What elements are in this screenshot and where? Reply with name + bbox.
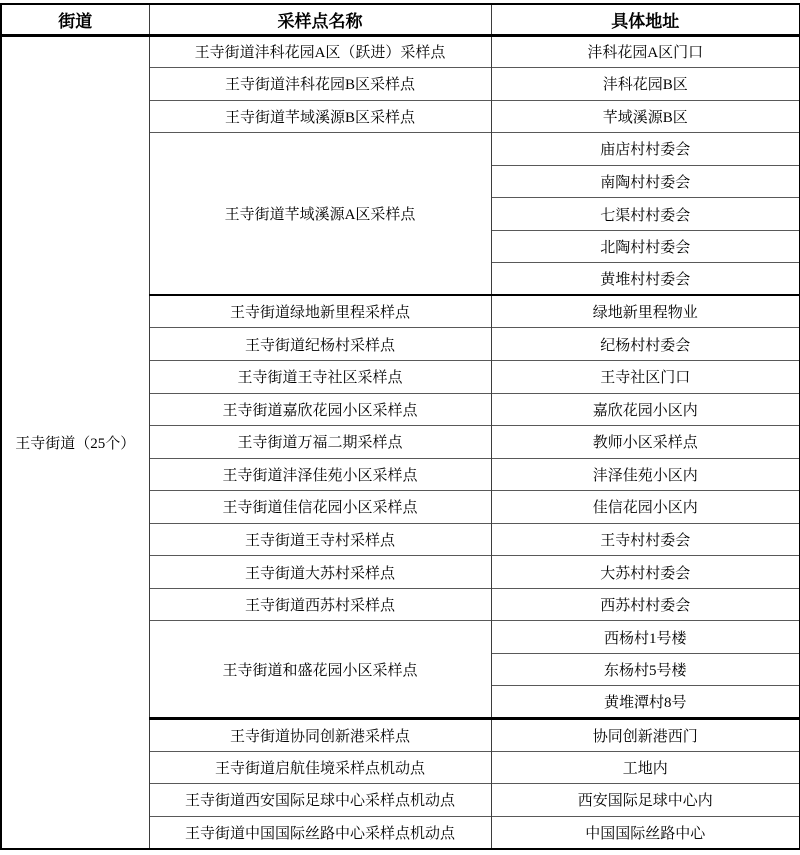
street-cell: 王寺街道（25个） <box>1 35 149 849</box>
sampling-points-table: 街道 采样点名称 具体地址 王寺街道（25个）王寺街道沣科花园A区（跃进）采样点… <box>0 3 800 850</box>
address-cell: 沣科花园B区 <box>491 68 800 101</box>
sampling-point-name-cell: 王寺街道绿地新里程采样点 <box>149 295 491 328</box>
address-cell: 黄堆村村委会 <box>491 263 800 296</box>
sampling-point-name-cell: 王寺街道大苏村采样点 <box>149 556 491 589</box>
sampling-point-name-cell: 王寺街道协同创新港采样点 <box>149 718 491 751</box>
sampling-point-name-cell: 王寺街道纪杨村采样点 <box>149 328 491 361</box>
sampling-point-name-cell: 王寺街道佳信花园小区采样点 <box>149 491 491 524</box>
address-cell: 黄堆潭村8号 <box>491 686 800 719</box>
sampling-point-name-cell: 王寺街道西苏村采样点 <box>149 588 491 621</box>
address-cell: 北陶村村委会 <box>491 230 800 263</box>
header-row: 街道 采样点名称 具体地址 <box>1 4 800 35</box>
sampling-point-name-cell: 王寺街道沣泽佳苑小区采样点 <box>149 458 491 491</box>
sampling-point-name-cell: 王寺街道芊域溪源B区采样点 <box>149 100 491 133</box>
address-cell: 南陶村村委会 <box>491 165 800 198</box>
address-cell: 西苏村村委会 <box>491 588 800 621</box>
sampling-point-name-cell: 王寺街道嘉欣花园小区采样点 <box>149 393 491 426</box>
sampling-point-name-cell: 王寺街道沣科花园A区（跃进）采样点 <box>149 35 491 68</box>
address-cell: 西安国际足球中心内 <box>491 784 800 817</box>
sampling-point-name-cell: 王寺街道启航佳境采样点机动点 <box>149 751 491 784</box>
address-cell: 协同创新港西门 <box>491 718 800 751</box>
address-cell: 沣泽佳苑小区内 <box>491 458 800 491</box>
address-cell: 嘉欣花园小区内 <box>491 393 800 426</box>
address-cell: 王寺社区门口 <box>491 360 800 393</box>
address-cell: 王寺村村委会 <box>491 523 800 556</box>
address-cell: 庙店村村委会 <box>491 133 800 166</box>
sampling-point-name-cell: 王寺街道王寺村采样点 <box>149 523 491 556</box>
sampling-point-name-cell: 王寺街道王寺社区采样点 <box>149 360 491 393</box>
address-cell: 东杨村5号楼 <box>491 653 800 686</box>
address-cell: 西杨村1号楼 <box>491 621 800 654</box>
address-cell: 大苏村村委会 <box>491 556 800 589</box>
address-cell: 中国国际丝路中心 <box>491 816 800 849</box>
sampling-point-name-cell: 王寺街道沣科花园B区采样点 <box>149 68 491 101</box>
header-street: 街道 <box>1 4 149 35</box>
table-row: 王寺街道（25个）王寺街道沣科花园A区（跃进）采样点沣科花园A区门口 <box>1 35 800 68</box>
sampling-point-name-cell: 王寺街道西安国际足球中心采样点机动点 <box>149 784 491 817</box>
sampling-point-name-cell: 王寺街道和盛花园小区采样点 <box>149 621 491 719</box>
header-address: 具体地址 <box>491 4 800 35</box>
address-cell: 绿地新里程物业 <box>491 295 800 328</box>
address-cell: 纪杨村村委会 <box>491 328 800 361</box>
address-cell: 教师小区采样点 <box>491 426 800 459</box>
address-cell: 佳信花园小区内 <box>491 491 800 524</box>
address-cell: 七渠村村委会 <box>491 198 800 231</box>
header-sampling-point-name: 采样点名称 <box>149 4 491 35</box>
sampling-points-table-container: 街道 采样点名称 具体地址 王寺街道（25个）王寺街道沣科花园A区（跃进）采样点… <box>0 0 800 850</box>
table-body: 王寺街道（25个）王寺街道沣科花园A区（跃进）采样点沣科花园A区门口王寺街道沣科… <box>1 35 800 849</box>
address-cell: 工地内 <box>491 751 800 784</box>
address-cell: 芊域溪源B区 <box>491 100 800 133</box>
sampling-point-name-cell: 王寺街道芊域溪源A区采样点 <box>149 133 491 296</box>
sampling-point-name-cell: 王寺街道万福二期采样点 <box>149 426 491 459</box>
sampling-point-name-cell: 王寺街道中国国际丝路中心采样点机动点 <box>149 816 491 849</box>
address-cell: 沣科花园A区门口 <box>491 35 800 68</box>
